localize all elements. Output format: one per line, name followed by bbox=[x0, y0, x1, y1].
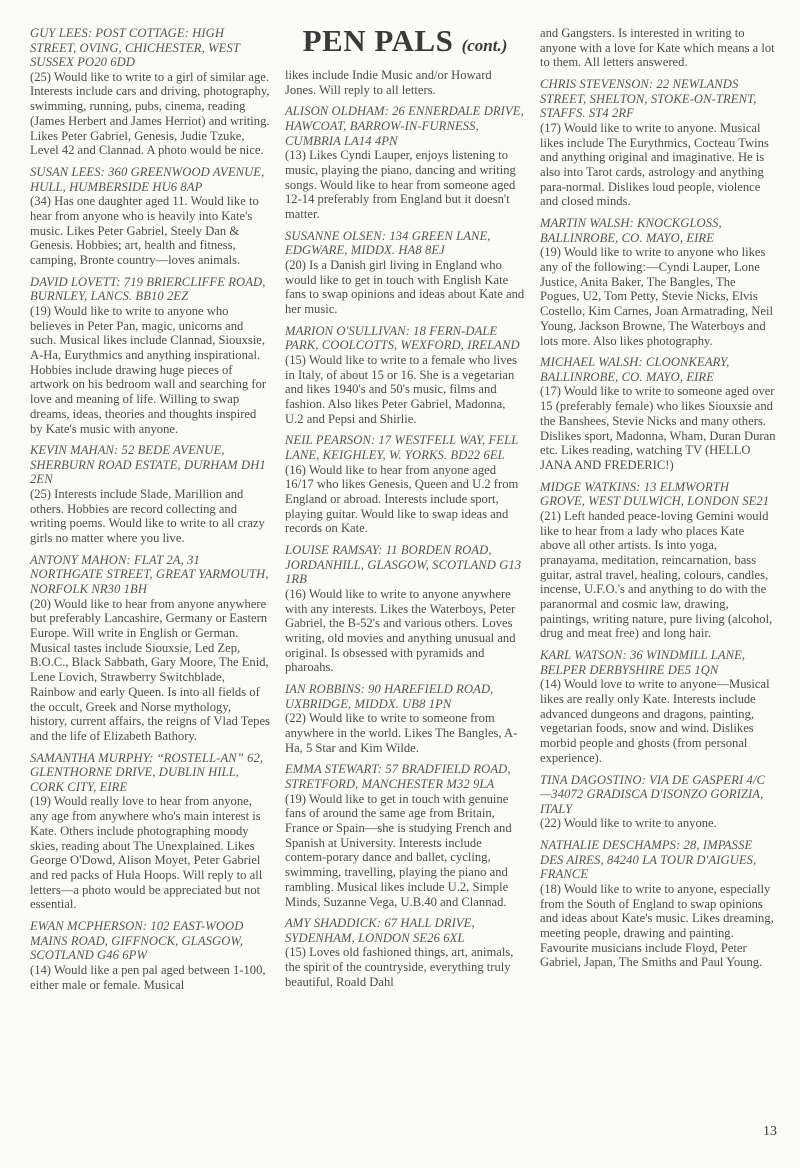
entry-description: (22) Would like to write to anyone. bbox=[540, 816, 776, 831]
entry-address: SAMANTHA MURPHY: “ROSTELL-AN” 62, GLENTH… bbox=[30, 751, 270, 795]
entry-address: EMMA STEWART: 57 BRADFIELD ROAD, STRETFO… bbox=[285, 762, 525, 791]
entry-description: (20) Would like to hear from anyone anyw… bbox=[30, 597, 270, 744]
entry-address: EWAN McPHERSON: 102 EAST-WOOD MAINS ROAD… bbox=[30, 919, 270, 963]
entry-description: (14) Would like a pen pal aged between 1… bbox=[30, 963, 270, 992]
entry-description: (19) Would really love to hear from anyo… bbox=[30, 794, 270, 912]
entry-address: AMY SHADDICK: 67 HALL DRIVE, SYDENHAM, L… bbox=[285, 916, 525, 945]
entry-address: TINA DAGOSTINO: VIA DE GASPERI 4/C—34072… bbox=[540, 773, 776, 817]
entry-description: (16) Would like to write to anyone anywh… bbox=[285, 587, 525, 675]
entry-description: (15) Would like to write to a female who… bbox=[285, 353, 525, 427]
entry-description: (15) Loves old fashioned things, art, an… bbox=[285, 945, 525, 989]
entry-description: (14) Would love to write to anyone—Music… bbox=[540, 677, 776, 765]
column-1: GUY LEES: POST COTTAGE: HIGH STREET, OVI… bbox=[30, 26, 270, 999]
entry-address: SUSANNE OLSEN: 134 GREEN LANE, EDGWARE, … bbox=[285, 229, 525, 258]
pen-pal-entry: GUY LEES: POST COTTAGE: HIGH STREET, OVI… bbox=[30, 26, 270, 158]
pen-pal-entry: MARTIN WALSH: KNOCKGLOSS, BALLINROBE, CO… bbox=[540, 216, 776, 348]
pen-pal-entry: MICHAEL WALSH: CLOONKEARY, BALLINROBE, C… bbox=[540, 355, 776, 472]
entry-address: NATHALIE DESCHAMPS: 28, IMPASSE DES AIRE… bbox=[540, 838, 776, 882]
entry-description: (16) Would like to hear from anyone aged… bbox=[285, 463, 525, 537]
entry-description: (21) Left handed peace-loving Gemini wou… bbox=[540, 509, 776, 641]
entry-description: (25) Interests include Slade, Marillion … bbox=[30, 487, 270, 546]
magazine-page: GUY LEES: POST COTTAGE: HIGH STREET, OVI… bbox=[0, 0, 800, 1168]
pen-pal-entry: IAN ROBBINS: 90 HAREFIELD ROAD, UXBRIDGE… bbox=[285, 682, 525, 755]
pen-pal-entry: NATHALIE DESCHAMPS: 28, IMPASSE DES AIRE… bbox=[540, 838, 776, 970]
entry-description: (18) Would like to write to anyone, espe… bbox=[540, 882, 776, 970]
entry-address: LOUISE RAMSAY: 11 BORDEN ROAD, JORDANHIL… bbox=[285, 543, 525, 587]
pen-pal-entry: EWAN McPHERSON: 102 EAST-WOOD MAINS ROAD… bbox=[30, 919, 270, 992]
entry-description: (17) Would like to write to someone aged… bbox=[540, 384, 776, 472]
entry-address: GUY LEES: POST COTTAGE: HIGH STREET, OVI… bbox=[30, 26, 270, 70]
entry-description: (17) Would like to write to anyone. Musi… bbox=[540, 121, 776, 209]
entry-description: (25) Would like to write to a girl of si… bbox=[30, 70, 270, 158]
pen-pal-entry: DAVID LOVETT: 719 BRIERCLIFFE ROAD, BURN… bbox=[30, 275, 270, 437]
pen-pal-entry: EMMA STEWART: 57 BRADFIELD ROAD, STRETFO… bbox=[285, 762, 525, 909]
entry-description: (20) Is a Danish girl living in England … bbox=[285, 258, 525, 317]
entry-address: NEIL PEARSON: 17 WESTFELL WAY, FELL LANE… bbox=[285, 433, 525, 462]
pen-pal-entry: MARION O'SULLIVAN: 18 FERN-DALE PARK, CO… bbox=[285, 324, 525, 427]
entry-address: MIDGE WATKINS: 13 ELMWORTH GROVE, WEST D… bbox=[540, 480, 776, 509]
column-3: and Gangsters. Is interested in writing … bbox=[540, 26, 776, 977]
entries: GUY LEES: POST COTTAGE: HIGH STREET, OVI… bbox=[30, 26, 270, 992]
page-title: PEN PALS (cont.) bbox=[285, 24, 525, 63]
entry-description: (34) Has one daughter aged 11. Would lik… bbox=[30, 194, 270, 268]
pen-pal-entry: MIDGE WATKINS: 13 ELMWORTH GROVE, WEST D… bbox=[540, 480, 776, 642]
entries: CHRIS STEVENSON: 22 NEWLANDS STREET, SHE… bbox=[540, 77, 776, 970]
entry-address: CHRIS STEVENSON: 22 NEWLANDS STREET, SHE… bbox=[540, 77, 776, 121]
entry-address: MICHAEL WALSH: CLOONKEARY, BALLINROBE, C… bbox=[540, 355, 776, 384]
entry-description: (13) Likes Cyndi Lauper, enjoys listenin… bbox=[285, 148, 525, 222]
entry-address: IAN ROBBINS: 90 HAREFIELD ROAD, UXBRIDGE… bbox=[285, 682, 525, 711]
entry-address: DAVID LOVETT: 719 BRIERCLIFFE ROAD, BURN… bbox=[30, 275, 270, 304]
title-text: PEN PALS bbox=[303, 23, 454, 58]
entry-address: ANTONY MAHON: FLAT 2a, 31 NORTHGATE STRE… bbox=[30, 553, 270, 597]
column-2: PEN PALS (cont.) likes include Indie Mus… bbox=[285, 24, 525, 997]
entry-address: MARTIN WALSH: KNOCKGLOSS, BALLINROBE, CO… bbox=[540, 216, 776, 245]
entry-description: (19) Would like to get in touch with gen… bbox=[285, 792, 525, 910]
continued-text: and Gangsters. Is interested in writing … bbox=[540, 26, 776, 70]
pen-pal-entry: SUSAN LEES: 360 GREENWOOD AVENUE, HULL, … bbox=[30, 165, 270, 268]
pen-pal-entry: KARL WATSON: 36 WINDMILL LANE, BELPER DE… bbox=[540, 648, 776, 765]
pen-pal-entry: NEIL PEARSON: 17 WESTFELL WAY, FELL LANE… bbox=[285, 433, 525, 536]
entry-description: (19) Would like to write to anyone who l… bbox=[540, 245, 776, 348]
pen-pal-entry: CHRIS STEVENSON: 22 NEWLANDS STREET, SHE… bbox=[540, 77, 776, 209]
page-number: 13 bbox=[763, 1124, 777, 1140]
entry-address: SUSAN LEES: 360 GREENWOOD AVENUE, HULL, … bbox=[30, 165, 270, 194]
pen-pal-entry: SAMANTHA MURPHY: “ROSTELL-AN” 62, GLENTH… bbox=[30, 751, 270, 912]
pen-pal-entry: ALISON OLDHAM: 26 ENNERDALE DRIVE, HAWCO… bbox=[285, 104, 525, 221]
pen-pal-entry: KEVIN MAHAN: 52 BEDE AVENUE, SHERBURN RO… bbox=[30, 443, 270, 546]
entry-address: ALISON OLDHAM: 26 ENNERDALE DRIVE, HAWCO… bbox=[285, 104, 525, 148]
entry-address: MARION O'SULLIVAN: 18 FERN-DALE PARK, CO… bbox=[285, 324, 525, 353]
continued-text: likes include Indie Music and/or Howard … bbox=[285, 68, 525, 97]
pen-pal-entry: ANTONY MAHON: FLAT 2a, 31 NORTHGATE STRE… bbox=[30, 553, 270, 744]
entry-description: (19) Would like to write to anyone who b… bbox=[30, 304, 270, 436]
pen-pal-entry: TINA DAGOSTINO: VIA DE GASPERI 4/C—34072… bbox=[540, 773, 776, 831]
entries: ALISON OLDHAM: 26 ENNERDALE DRIVE, HAWCO… bbox=[285, 104, 525, 989]
entry-description: (22) Would like to write to someone from… bbox=[285, 711, 525, 755]
entry-address: KARL WATSON: 36 WINDMILL LANE, BELPER DE… bbox=[540, 648, 776, 677]
pen-pal-entry: LOUISE RAMSAY: 11 BORDEN ROAD, JORDANHIL… bbox=[285, 543, 525, 675]
pen-pal-entry: AMY SHADDICK: 67 HALL DRIVE, SYDENHAM, L… bbox=[285, 916, 525, 989]
entry-address: KEVIN MAHAN: 52 BEDE AVENUE, SHERBURN RO… bbox=[30, 443, 270, 487]
pen-pal-entry: SUSANNE OLSEN: 134 GREEN LANE, EDGWARE, … bbox=[285, 229, 525, 317]
title-suffix: (cont.) bbox=[462, 36, 508, 55]
